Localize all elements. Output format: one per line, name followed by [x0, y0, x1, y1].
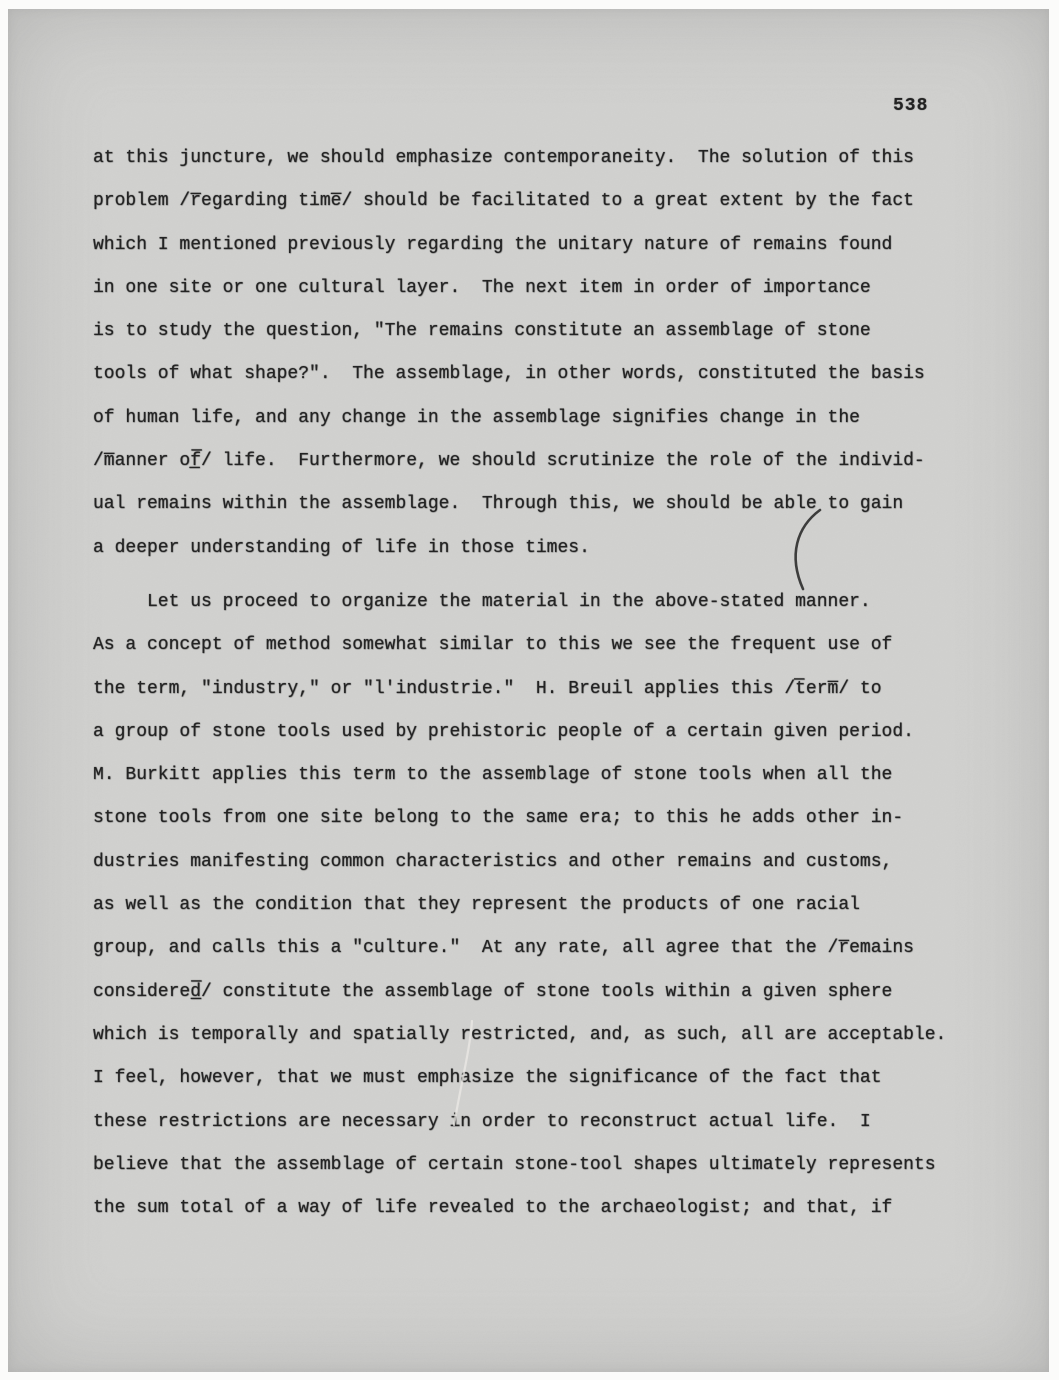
text-line: is to study the question, "The remains c…	[93, 310, 993, 353]
text-line: problem /r̅egarding time̅/ should be fac…	[93, 180, 993, 223]
text-line: believe that the assemblage of certain s…	[93, 1144, 993, 1187]
text-line: which is temporally and spatially restri…	[93, 1014, 993, 1057]
scanned-document: { "document": { "page_number": "538", "p…	[0, 0, 1059, 1380]
paragraph-2: Let us proceed to organize the material …	[93, 581, 993, 1230]
text-line: group, and calls this a "culture." At an…	[93, 927, 993, 970]
text-line: the sum total of a way of life revealed …	[93, 1187, 993, 1230]
document-page: 538 at this juncture, we should emphasiz…	[8, 9, 1049, 1372]
text-line: considered̲̅/ constitute the assemblage …	[93, 971, 993, 1014]
text-line: of human life, and any change in the ass…	[93, 397, 993, 440]
text-line: I feel, however, that we must emphasize …	[93, 1057, 993, 1100]
text-line: tools of what shape?". The assemblage, i…	[93, 353, 993, 396]
text-line: dustries manifesting common characterist…	[93, 841, 993, 884]
text-line: the term, "industry," or "l'industrie." …	[93, 668, 993, 711]
text-line: as well as the condition that they repre…	[93, 884, 993, 927]
text-line: Let us proceed to organize the material …	[93, 581, 993, 624]
paragraph-1: at this juncture, we should emphasize co…	[93, 137, 993, 570]
text-line: M. Burkitt applies this term to the asse…	[93, 754, 993, 797]
text-line: a deeper understanding of life in those …	[93, 527, 993, 570]
text-line: at this juncture, we should emphasize co…	[93, 137, 993, 180]
text-line: /m̅anner of̲̅/ life. Furthermore, we sho…	[93, 440, 993, 483]
text-line: stone tools from one site belong to the …	[93, 797, 993, 840]
text-line: ual remains within the assemblage. Throu…	[93, 483, 993, 526]
page-number: 538	[893, 96, 928, 116]
text-line: in one site or one cultural layer. The n…	[93, 267, 993, 310]
typewritten-text: at this juncture, we should emphasize co…	[93, 137, 993, 1230]
text-line: As a concept of method somewhat similar …	[93, 624, 993, 667]
text-line: which I mentioned previously regarding t…	[93, 224, 993, 267]
text-line: a group of stone tools used by prehistor…	[93, 711, 993, 754]
text-line: these restrictions are necessary in orde…	[93, 1101, 993, 1144]
